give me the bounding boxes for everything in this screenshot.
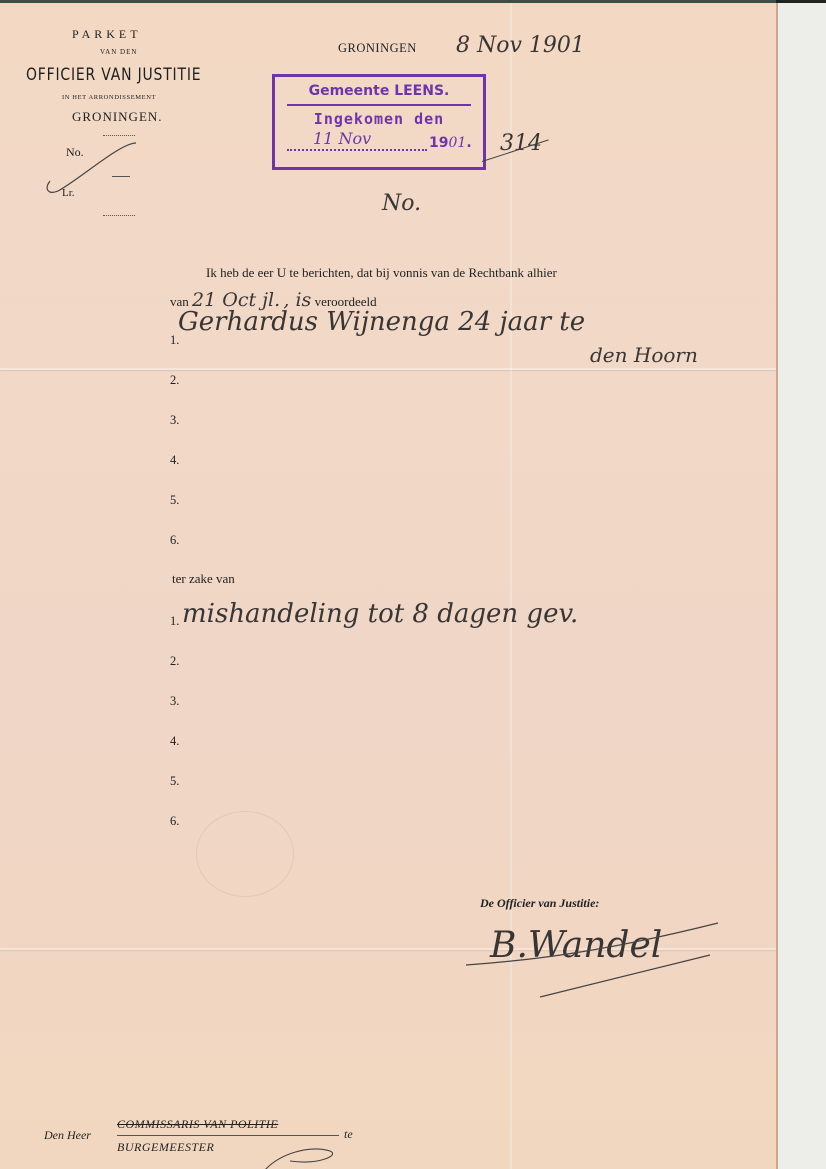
registration-no-mark: No.: [382, 191, 421, 216]
page-edge: [776, 0, 778, 1169]
offense-num: 4.: [170, 734, 179, 749]
handwritten-date: 8 Nov 1901: [456, 33, 585, 58]
convicted-num: 6.: [170, 533, 179, 548]
offense-num: 2.: [170, 654, 179, 669]
stamp-year-dot: .: [466, 135, 471, 151]
stamp-year: 1901.: [429, 135, 472, 151]
offense-num: 5.: [170, 774, 179, 789]
stamp-municipality: Gemeente LEENS.: [275, 83, 483, 99]
stamp-year-hand: 01: [448, 135, 466, 151]
dateline-city: GRONINGEN: [338, 41, 417, 56]
title-divider: [117, 1135, 339, 1136]
convicted-num: 3.: [170, 413, 179, 428]
den-heer-label: Den Heer: [44, 1128, 91, 1143]
te-label: te: [344, 1127, 353, 1142]
letterhead-city: GRONINGEN.: [72, 109, 163, 125]
slash-mark-icon: [40, 139, 140, 199]
document-page: PARKET VAN DEN OFFICIER VAN JUSTITIE IN …: [0, 0, 776, 1169]
received-stamp: Gemeente LEENS. Ingekomen den 11 Nov 190…: [272, 74, 486, 170]
struck-title: COMMISSARIS VAN POLITIE: [117, 1117, 278, 1132]
addressee-title: BURGEMEESTER: [117, 1140, 214, 1155]
offense-text: mishandeling tot 8 dagen gev.: [182, 599, 578, 629]
stamp-underline: [287, 104, 471, 106]
letterhead-parket: PARKET: [72, 27, 142, 42]
offense-num: 3.: [170, 694, 179, 709]
signature-label: De Officier van Justitie:: [480, 896, 599, 911]
fold-line: [0, 368, 776, 370]
handwritten-place-icon: [260, 1143, 360, 1169]
convicted-name: Gerhardus Wijnenga 24 jaar te: [178, 307, 585, 337]
scan-border: [776, 0, 826, 3]
letterhead-officier: OFFICIER VAN JUSTITIE: [26, 65, 201, 85]
convicted-num: 5.: [170, 493, 179, 508]
signature-flourish-icon: [460, 915, 730, 1005]
ornament-rule: [103, 211, 135, 216]
convicted-residence: den Hoorn: [590, 343, 698, 367]
offense-num: 1.: [170, 614, 179, 629]
offense-num: 6.: [170, 814, 179, 829]
ter-zake-label: ter zake van: [172, 571, 235, 587]
lr-label: Lr.: [62, 187, 75, 199]
stamp-received-label: Ingekomen den: [275, 110, 483, 128]
ornament-rule: [103, 131, 135, 136]
convicted-num: 2.: [170, 373, 179, 388]
letterhead-van-den: VAN DEN: [100, 48, 137, 56]
letterhead-arrondissement: IN HET ARRONDISSEMENT: [62, 94, 156, 101]
stamp-handwritten-date: 11 Nov: [313, 129, 371, 148]
convicted-num: 4.: [170, 453, 179, 468]
embossed-seal: [196, 811, 294, 897]
intro-text: Ik heb de eer U te berichten, dat bij vo…: [206, 265, 557, 281]
stamp-date-dots: [287, 149, 427, 151]
stamp-year-printed: 19: [429, 135, 448, 151]
